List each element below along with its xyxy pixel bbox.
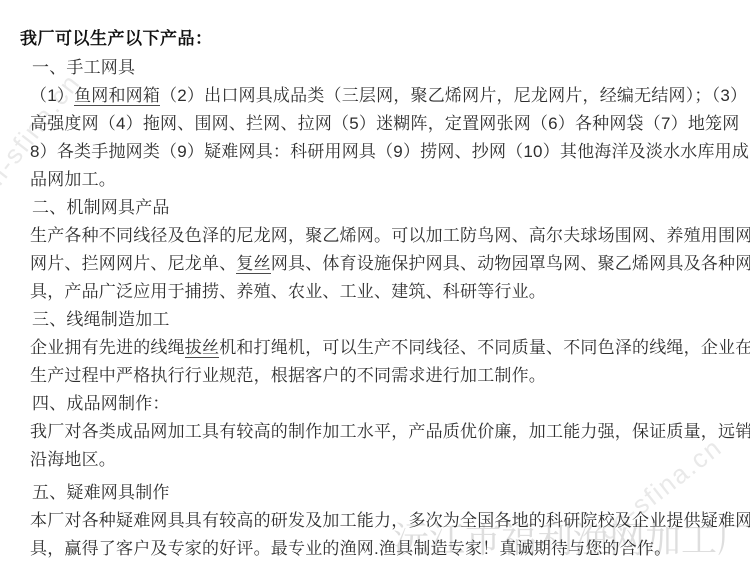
section-heading: 五、疑难网具制作 [32, 479, 744, 507]
body-line: 本厂对各种疑难网具具有较高的研发及加工能力，多次为全国各地的科研院校及企业提供疑… [30, 507, 744, 535]
underlined-text: 复丝 [236, 254, 270, 274]
underlined-text: 鱼网和网箱 [74, 86, 160, 106]
body-line: 我厂对各类成品网加工具有较高的制作加工水平，产品质优价廉，加工能力强，保证质量，… [30, 418, 744, 446]
body-line: 具，赢得了客户及专家的好评。最专业的渔网.渔具制造专家！真诚期待与您的合作。 [30, 535, 744, 563]
section-heading: 四、成品网制作： [32, 390, 744, 418]
body-line: 生产过程中严格执行行业规范，根据客户的不同需求进行加工制作。 [30, 362, 744, 390]
body-line: 具，产品广泛应用于捕捞、养殖、农业、工业、建筑、科研等行业。 [30, 278, 744, 306]
body-line: 沿海地区。 [30, 446, 744, 474]
section-heading: 二、机制网具产品 [32, 194, 744, 222]
document-lines: 一、手工网具（1）鱼网和网箱（2）出口网具成品类（三层网，聚乙烯网片，尼龙网片，… [20, 54, 744, 563]
section-heading: 三、线绳制造加工 [32, 306, 744, 334]
section-heading: 一、手工网具 [32, 54, 744, 82]
body-line: 8）各类手抛网类（9）疑难网具：科研用网具（9）捞网、抄网（10）其他海洋及淡水… [30, 138, 744, 166]
body-line: 网片、拦网网片、尼龙单、复丝网具、体育设施保护网具、动物园罩鸟网、聚乙烯网具及各… [30, 250, 744, 278]
body-line: （1）鱼网和网箱（2）出口网具成品类（三层网，聚乙烯网片，尼龙网片，经编无结网）… [30, 82, 744, 110]
underlined-text: 拔丝 [185, 338, 219, 358]
body-line: 品网加工。 [30, 166, 744, 194]
body-line: 高强度网（4）拖网、围网、拦网、拉网（5）迷糊阵，定置网张网（6）各种网袋（7）… [30, 110, 744, 138]
document-title: 我厂可以生产以下产品： [20, 24, 744, 54]
body-line: 企业拥有先进的线绳拔丝机和打绳机，可以生产不同线径、不同质量、不同色泽的线绳，企… [30, 334, 744, 362]
product-description-document: 我厂可以生产以下产品： 一、手工网具（1）鱼网和网箱（2）出口网具成品类（三层网… [0, 0, 750, 563]
body-line: 生产各种不同线径及色泽的尼龙网，聚乙烯网。可以加工防鸟网、高尔夫球场围网、养殖用… [30, 222, 744, 250]
